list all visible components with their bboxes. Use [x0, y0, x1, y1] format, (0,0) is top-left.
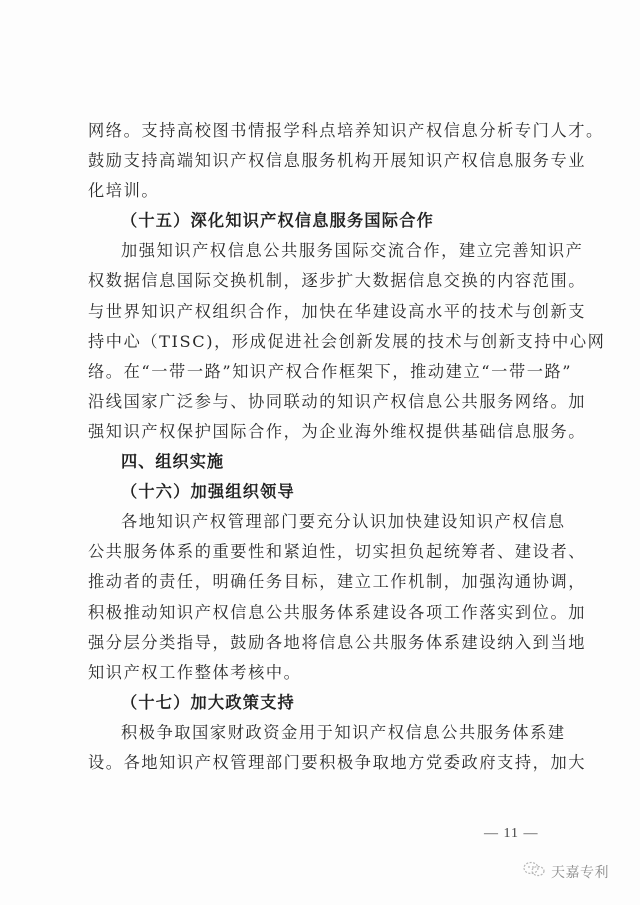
section-heading: 四、组织实施 — [88, 447, 558, 477]
paragraph-first-line: 各地知识产权管理部门要充分认识加快建设知识产权信息 — [88, 507, 558, 537]
paragraph-first-line: 积极争取国家财政资金用于知识产权信息公共服务体系建 — [88, 718, 558, 748]
body-line: 沿线国家广泛参与、协同联动的知识产权信息公共服务网络。加 — [88, 387, 558, 417]
body-line: 权数据信息国际交换机制，逐步扩大数据信息交换的内容范围。 — [88, 266, 558, 296]
body-line: 推动者的责任，明确任务目标，建立工作机制，加强沟通协调， — [88, 567, 558, 597]
page-number: — 11 — — [484, 826, 538, 842]
body-line: 知识产权工作整体考核中。 — [88, 658, 558, 688]
body-line: 鼓励支持高端知识产权信息服务机构开展知识产权信息服务专业 — [88, 146, 558, 176]
document-page: 网络。支持高校图书情报学科点培养知识产权信息分析专门人才。鼓励支持高端知识产权信… — [0, 0, 640, 905]
subsection-heading: （十五）深化知识产权信息服务国际合作 — [88, 206, 558, 236]
watermark-label: 天嘉专利 — [551, 862, 609, 882]
paragraph-first-line: 加强知识产权信息公共服务国际交流合作，建立完善知识产 — [88, 236, 558, 266]
body-line: 公共服务体系的重要性和紧迫性，切实担负起统筹者、建设者、 — [88, 537, 558, 567]
document-body: 网络。支持高校图书情报学科点培养知识产权信息分析专门人才。鼓励支持高端知识产权信… — [88, 116, 558, 778]
body-line: 积极推动知识产权信息公共服务体系建设各项工作落实到位。加 — [88, 598, 558, 628]
watermark: 天嘉专利 — [522, 860, 609, 883]
subsection-heading: （十六）加强组织领导 — [88, 477, 558, 507]
body-line: 强知识产权保护国际合作，为企业海外维权提供基础信息服务。 — [88, 417, 558, 447]
body-line: 网络。支持高校图书情报学科点培养知识产权信息分析专门人才。 — [88, 116, 558, 146]
wechat-icon — [522, 860, 546, 883]
body-line: 化培训。 — [88, 176, 558, 206]
body-line: 与世界知识产权组织合作，加快在华建设高水平的技术与创新支 — [88, 297, 558, 327]
subsection-heading: （十七）加大政策支持 — [88, 688, 558, 718]
body-line: 络。在“一带一路”知识产权合作框架下，推动建立“一带一路” — [88, 357, 558, 387]
body-line: 持中心（TISC)，形成促进社会创新发展的技术与创新支持中心网 — [88, 327, 558, 357]
body-line: 强分层分类指导，鼓励各地将信息公共服务体系建设纳入到当地 — [88, 628, 558, 658]
body-line: 设。各地知识产权管理部门要积极争取地方党委政府支持，加大 — [88, 748, 558, 778]
